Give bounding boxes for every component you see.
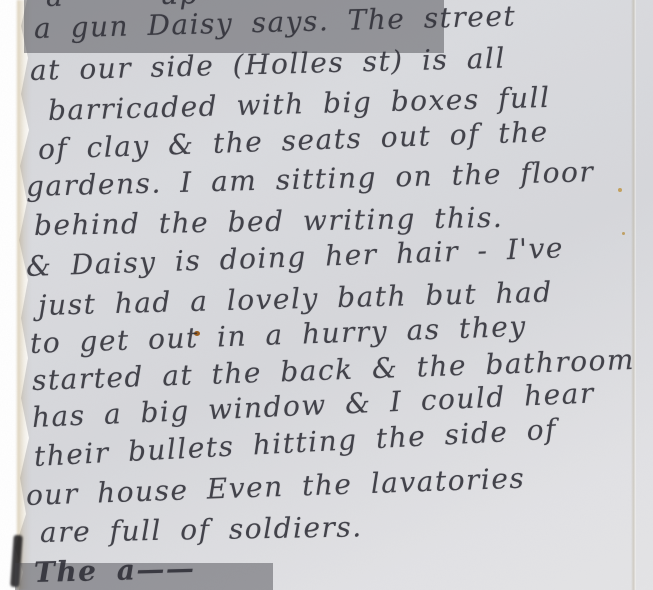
paper-speck xyxy=(622,232,625,235)
right-page-crease xyxy=(631,0,636,590)
manuscript-scan: a —— up —— a gun Daisy says. The street … xyxy=(0,0,653,590)
handwriting-line: The a—— xyxy=(34,552,196,589)
paper-speck xyxy=(618,188,622,192)
handwriting-line: are full of soldiers. xyxy=(40,510,363,549)
